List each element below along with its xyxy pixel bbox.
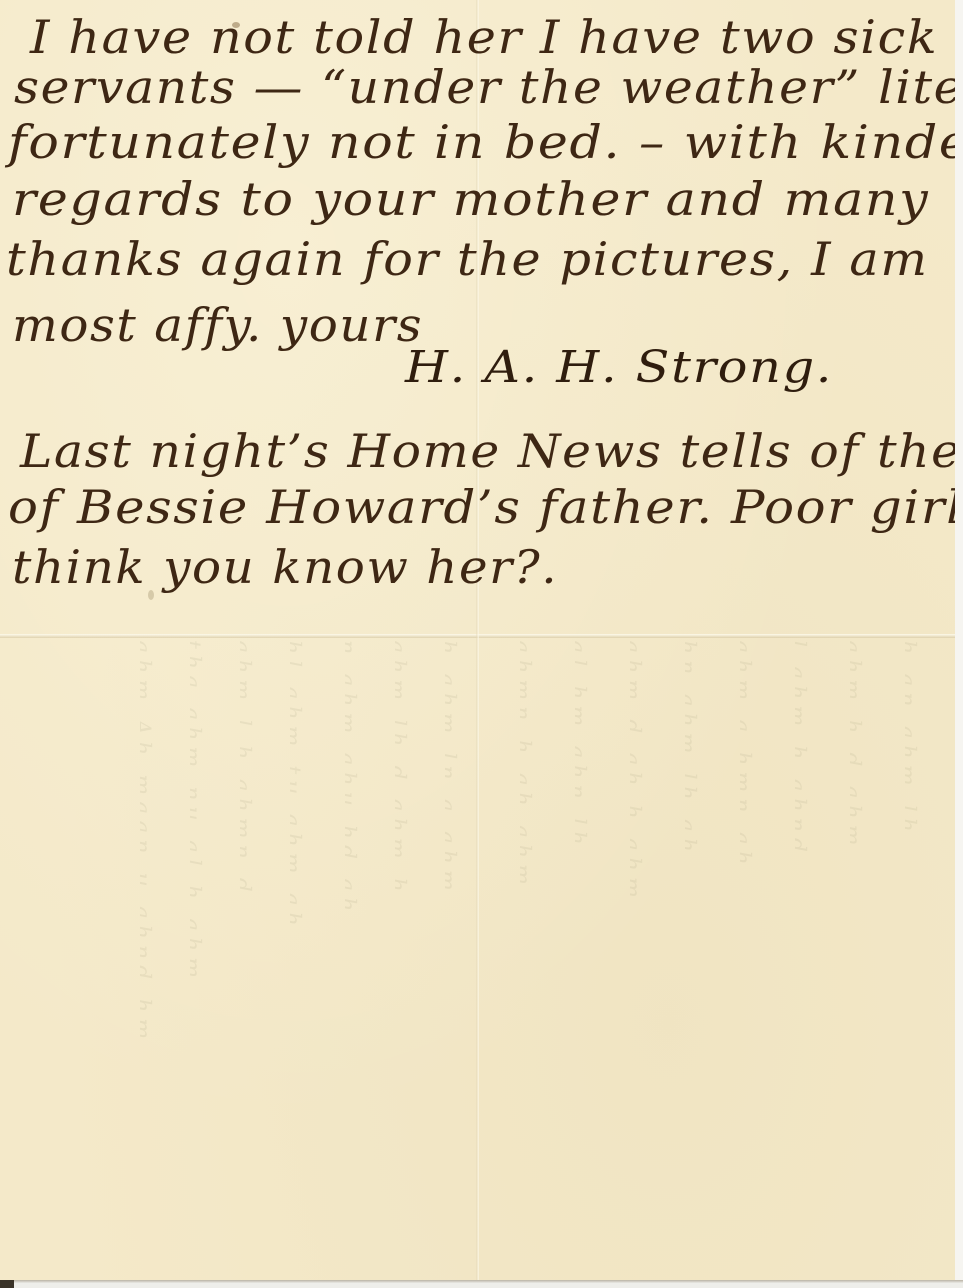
closing-line: most affy. yours: [12, 298, 423, 352]
ghost-line: tha ahm nu al h ahm: [190, 640, 204, 1280]
ghost-line: ahm Ah maan u ahnd hm: [140, 640, 154, 1280]
letter-line: servants — “under the weather” literally…: [14, 60, 955, 114]
ghost-line: ahm h d ahm: [850, 640, 864, 1280]
scan-margin-bottom: [0, 1280, 963, 1288]
ghost-line: ahm d ah h ahm: [630, 640, 644, 1280]
ghost-line: l ahm h ahnd: [795, 640, 809, 1280]
ghost-line: ahm lh d ahm h: [395, 640, 409, 1280]
ghost-line: hl ahm tu ahm ah: [290, 640, 304, 1280]
ghost-line: n ahm ahu hd ah: [345, 640, 359, 1280]
letter-line: regards to your mother and many: [12, 172, 929, 226]
scan-margin-right: [955, 0, 963, 1288]
signature: H. A. H. Strong.: [405, 342, 833, 393]
postscript-line: think you know her?.: [12, 540, 558, 594]
ghost-line: h ahm ln a ahm: [445, 640, 459, 1280]
letter-page: ahm Ah maan u ahnd hm tha ahm nu al h ah…: [0, 0, 955, 1280]
ghost-line: ahmn h ah ahm: [520, 640, 534, 1280]
postscript-line: Last night’s Home News tells of the deat…: [20, 424, 955, 478]
letter-line: I have not told her I have two sick: [30, 10, 938, 64]
postscript-line: of Bessie Howard’s father. Poor girl! I: [8, 480, 955, 534]
scan-corner-shadow: [0, 1280, 14, 1288]
ghost-line: al hm ahn lh: [575, 640, 589, 1280]
ghost-line: h an ahm lh: [905, 640, 919, 1280]
ghost-line: ahm a hmn ah: [740, 640, 754, 1280]
ghost-line: hn ahm lh ah: [685, 640, 699, 1280]
letter-line: fortunately not in bed. – with kindest: [8, 115, 955, 169]
ghost-line: ahm l h ahmn d: [240, 640, 254, 1280]
letter-line: thanks again for the pictures, I am: [6, 232, 929, 286]
